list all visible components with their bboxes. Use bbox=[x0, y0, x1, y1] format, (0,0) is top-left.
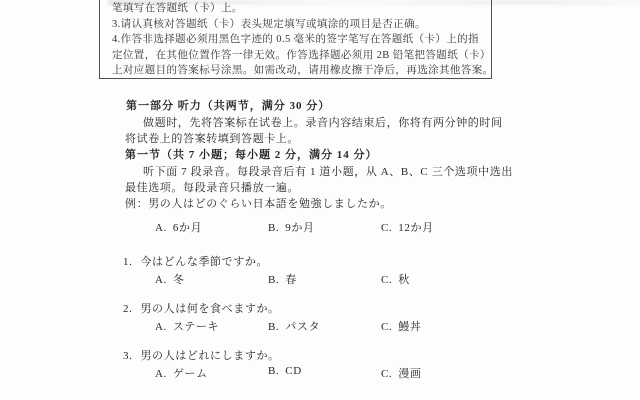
option-label: C. bbox=[381, 222, 392, 234]
question-text: 男の人は何を食べますか。 bbox=[140, 303, 279, 315]
option-text: ステーキ bbox=[173, 321, 219, 333]
example-option-a: A.6か月 bbox=[155, 219, 202, 235]
example-stem: 例：男の人はどのぐらい日本語を勉強しましたか。 bbox=[125, 195, 392, 211]
section1-heading: 第一节（共 7 小题；每小题 2 分，满分 14 分） bbox=[125, 146, 378, 162]
notice-box: 笔填写在答题纸（卡）上。 3.请认真核对答题纸（卡）表头规定填写或填涂的项目是否… bbox=[99, 0, 492, 79]
option-text: CD bbox=[285, 365, 301, 377]
option-label: C. bbox=[381, 321, 392, 333]
option-text: 漫画 bbox=[398, 368, 421, 380]
option-text: 9か月 bbox=[285, 222, 314, 234]
notice-line: 3.请认真核对答题纸（卡）表头规定填写或填涂的项目是否正确。 bbox=[112, 17, 485, 33]
question-number: 2. bbox=[123, 303, 132, 315]
option-text: パスタ bbox=[285, 321, 320, 333]
scanned-exam-page: 笔填写在答题纸（卡）上。 3.请认真核对答题纸（卡）表头规定填写或填涂的项目是否… bbox=[0, 0, 640, 400]
option-label: B. bbox=[268, 222, 279, 234]
part1-intro-line: 做题时，先将答案标在试卷上。录音内容结束后，你将有两分钟的时间 bbox=[143, 114, 503, 130]
question-1-option-a: A.冬 bbox=[155, 271, 185, 287]
question-3-option-c: C.漫画 bbox=[381, 365, 422, 381]
option-label: C. bbox=[381, 274, 392, 286]
option-label: A. bbox=[155, 368, 167, 380]
option-label: C. bbox=[381, 368, 392, 380]
question-text: 今はどんな季節ですか。 bbox=[140, 256, 268, 268]
section1-instruction-line: 听下面 7 段录音。每段录音后有 1 道小题，从 A、B、C 三个选项中选出 bbox=[143, 163, 513, 179]
notice-line: 定位置，在其他位置作答一律无效。作答选择题必须用 2B 铅笔把答题纸（卡） bbox=[112, 48, 485, 64]
question-2-option-c: C.鰻丼 bbox=[381, 318, 422, 334]
part1-intro-line: 将试卷上的答案转填到答题卡上。 bbox=[125, 130, 299, 146]
notice-line: 4.作答非选择题必须用黑色字迹的 0.5 毫米的签字笔写在答题纸（卡）上的指 bbox=[112, 32, 485, 48]
option-label: A. bbox=[155, 321, 167, 333]
option-text: 6か月 bbox=[173, 222, 202, 234]
option-text: 冬 bbox=[173, 274, 185, 286]
question-3-option-a: A.ゲーム bbox=[155, 365, 208, 381]
part1-heading: 第一部分 听力（共两节，满分 30 分） bbox=[126, 97, 330, 113]
option-label: B. bbox=[268, 321, 279, 333]
question-number: 3. bbox=[123, 350, 132, 362]
option-text: 12か月 bbox=[398, 222, 433, 234]
question-number: 1. bbox=[123, 256, 132, 268]
question-1-option-c: C.秋 bbox=[381, 271, 410, 287]
notice-line: 笔填写在答题纸（卡）上。 bbox=[112, 1, 485, 17]
option-label: A. bbox=[155, 222, 167, 234]
question-2-option-b: B.パスタ bbox=[268, 318, 320, 334]
option-text: 鰻丼 bbox=[398, 321, 421, 333]
question-1-stem: 1.今はどんな季節ですか。 bbox=[123, 253, 268, 269]
question-1-option-b: B.春 bbox=[268, 271, 297, 287]
option-text: 秋 bbox=[398, 274, 410, 286]
notice-line: 上对应题目的答案标号涂黑。如需改动，请用橡皮擦干净后，再选涂其他答案。 bbox=[112, 63, 485, 79]
question-3-stem: 3.男の人はどれにしますか。 bbox=[123, 347, 280, 363]
option-label: B. bbox=[268, 365, 279, 377]
example-option-b: B.9か月 bbox=[268, 219, 315, 235]
question-3-option-b: B.CD bbox=[268, 365, 302, 377]
example-option-c: C.12か月 bbox=[381, 219, 434, 235]
question-2-stem: 2.男の人は何を食べますか。 bbox=[123, 300, 280, 316]
option-label: A. bbox=[155, 274, 167, 286]
question-2-option-a: A.ステーキ bbox=[155, 318, 219, 334]
option-label: B. bbox=[268, 274, 279, 286]
option-text: 春 bbox=[285, 274, 297, 286]
question-text: 男の人はどれにしますか。 bbox=[140, 350, 279, 362]
option-text: ゲーム bbox=[173, 368, 208, 380]
section1-instruction-line: 最佳选项。每段录音只播放一遍。 bbox=[125, 179, 299, 195]
